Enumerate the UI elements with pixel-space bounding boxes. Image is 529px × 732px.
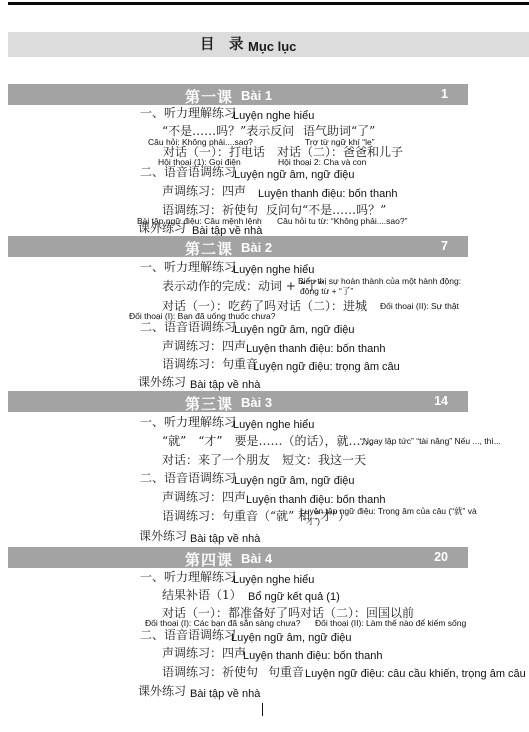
toc-title-vi: Mục lục [248, 40, 296, 55]
toc-entry-vi: Bài tập về nhà [190, 533, 260, 546]
page-top-border [8, 2, 529, 5]
toc-entry-cn: 课外练习 [138, 685, 186, 699]
lesson-2-title-vi: Bài 2 [241, 240, 272, 255]
toc-entry-cn: 课外练习 [138, 222, 186, 236]
lesson-1-title-cn: 第一课 [185, 86, 233, 107]
lesson-3-header-bar [8, 391, 468, 412]
toc-entry-cn: 一、听力理解练习 [140, 107, 236, 121]
toc-entry-cn: 一、听力理解练习 [140, 261, 236, 275]
toc-entry-cn: 课外练习 [139, 530, 187, 544]
lesson-1-page-number: 1 [420, 87, 448, 101]
toc-entry-vi: Bổ ngữ kết quả (1) [248, 591, 340, 604]
toc-annotation-vi: Luyện tập ngữ điệu: Trọng âm của câu (“就… [300, 507, 477, 517]
toc-entry-vi: Luyện ngữ âm, ngữ điệu [231, 632, 352, 645]
lesson-1-header-bar [8, 84, 468, 105]
toc-entry-cn: 语调练习：句重音 [162, 358, 258, 372]
toc-entry-vi: Luyện ngữ âm, ngữ điệu [234, 475, 355, 488]
toc-annotation-vi: động từ + “了” [300, 287, 353, 297]
lesson-3-page-number: 14 [420, 394, 448, 408]
toc-annotation-vi: “才”) [303, 517, 320, 527]
toc-entry-cn: 声调练习：四声 [162, 491, 246, 505]
lesson-2-title-cn: 第二课 [185, 238, 233, 259]
lesson-4-title-cn: 第四课 [185, 549, 233, 570]
toc-entry-vi: Luyện thanh điệu: bốn thanh [243, 650, 382, 663]
toc-entry-cn: 声调练习：四声 [162, 647, 246, 661]
toc-entry-cn: 课外练习 [138, 376, 186, 390]
toc-annotation-vi: Câu hỏi tu từ: “Không phải....sao?” [277, 217, 407, 227]
toc-entry-vi: Bài tập về nhà [190, 379, 260, 392]
lesson-4-header-bar [8, 547, 468, 568]
toc-entry-vi: Luyện nghe hiểu [233, 419, 314, 432]
toc-entry-vi: Luyện nghe hiểu [233, 264, 314, 277]
toc-entry-cn: 声调练习：四声 [162, 185, 246, 199]
lesson-2-header-bar [8, 236, 468, 257]
toc-entry-vi: Luyện thanh điệu: bốn thanh [246, 343, 385, 356]
toc-entry-cn: 对话：来了一个朋友 [162, 454, 270, 468]
toc-entry-vi: Luyện ngữ điệu: trọng âm câu [253, 361, 400, 374]
toc-entry-cn: “就” “才” 要是……（的话），就…… [162, 435, 373, 449]
toc-entry-cn: 二、语音语调练习 [140, 629, 236, 643]
lesson-4-page-number: 20 [420, 550, 448, 564]
toc-entry-vi: Luyện nghe hiểu [233, 110, 314, 123]
toc-entry-cn: 语调练习：祈使句 [162, 666, 258, 680]
toc-annotation-vi: Đối thoại (II): Làm thế nào để kiếm sống [315, 619, 466, 629]
toc-entry-cn: 声调练习：四声 [162, 340, 246, 354]
toc-entry-vi: Luyện ngữ điệu: câu cầu khiến, trọng âm … [305, 668, 526, 681]
toc-title-cn: 目 录 [200, 37, 244, 54]
lesson-3-title-cn: 第三课 [185, 393, 233, 414]
toc-entry-cn: 二、语音语调练习 [140, 321, 236, 335]
toc-entry-cn: 一、听力理解练习 [140, 416, 236, 430]
toc-entry-vi: Luyện thanh điệu: bốn thanh [246, 494, 385, 507]
lesson-4-title-vi: Bài 4 [241, 551, 272, 566]
toc-annotation-vi: Đối thoại (II): Sự thật [380, 302, 459, 312]
toc-entry-vi: Luyện ngữ âm, ngữ điệu [234, 169, 355, 182]
toc-entry-cn: 短文：我这一天 [282, 454, 366, 468]
toc-entry-vi: Luyện nghe hiểu [233, 574, 314, 587]
lesson-2-page-number: 7 [420, 239, 448, 253]
toc-entry-cn: 对话（二）：进城 [277, 300, 367, 314]
toc-entry-cn: 结果补语（1） [162, 589, 242, 603]
toc-entry-cn: 句重音 [268, 666, 304, 680]
toc-entry-vi: Luyện thanh điệu: bốn thanh [258, 188, 397, 201]
lesson-3-title-vi: Bài 3 [241, 395, 272, 410]
toc-annotation-vi: Hội thoại 2: Cha và con [278, 158, 366, 168]
toc-entry-vi: Luyện ngữ âm, ngữ điệu [234, 324, 355, 337]
lesson-1-title-vi: Bài 1 [241, 88, 272, 103]
toc-entry-vi: Bài tập về nhà [190, 688, 260, 701]
toc-annotation-vi: “Ngay lập tức” “tài năng” Nếu ..., thì..… [360, 437, 501, 447]
toc-entry-cn: 二、语音语调练习 [140, 472, 236, 486]
toc-entry-cn: 二、语音语调练习 [140, 166, 236, 180]
text-cursor [262, 703, 263, 716]
toc-entry-cn: 一、听力理解练习 [140, 571, 236, 585]
